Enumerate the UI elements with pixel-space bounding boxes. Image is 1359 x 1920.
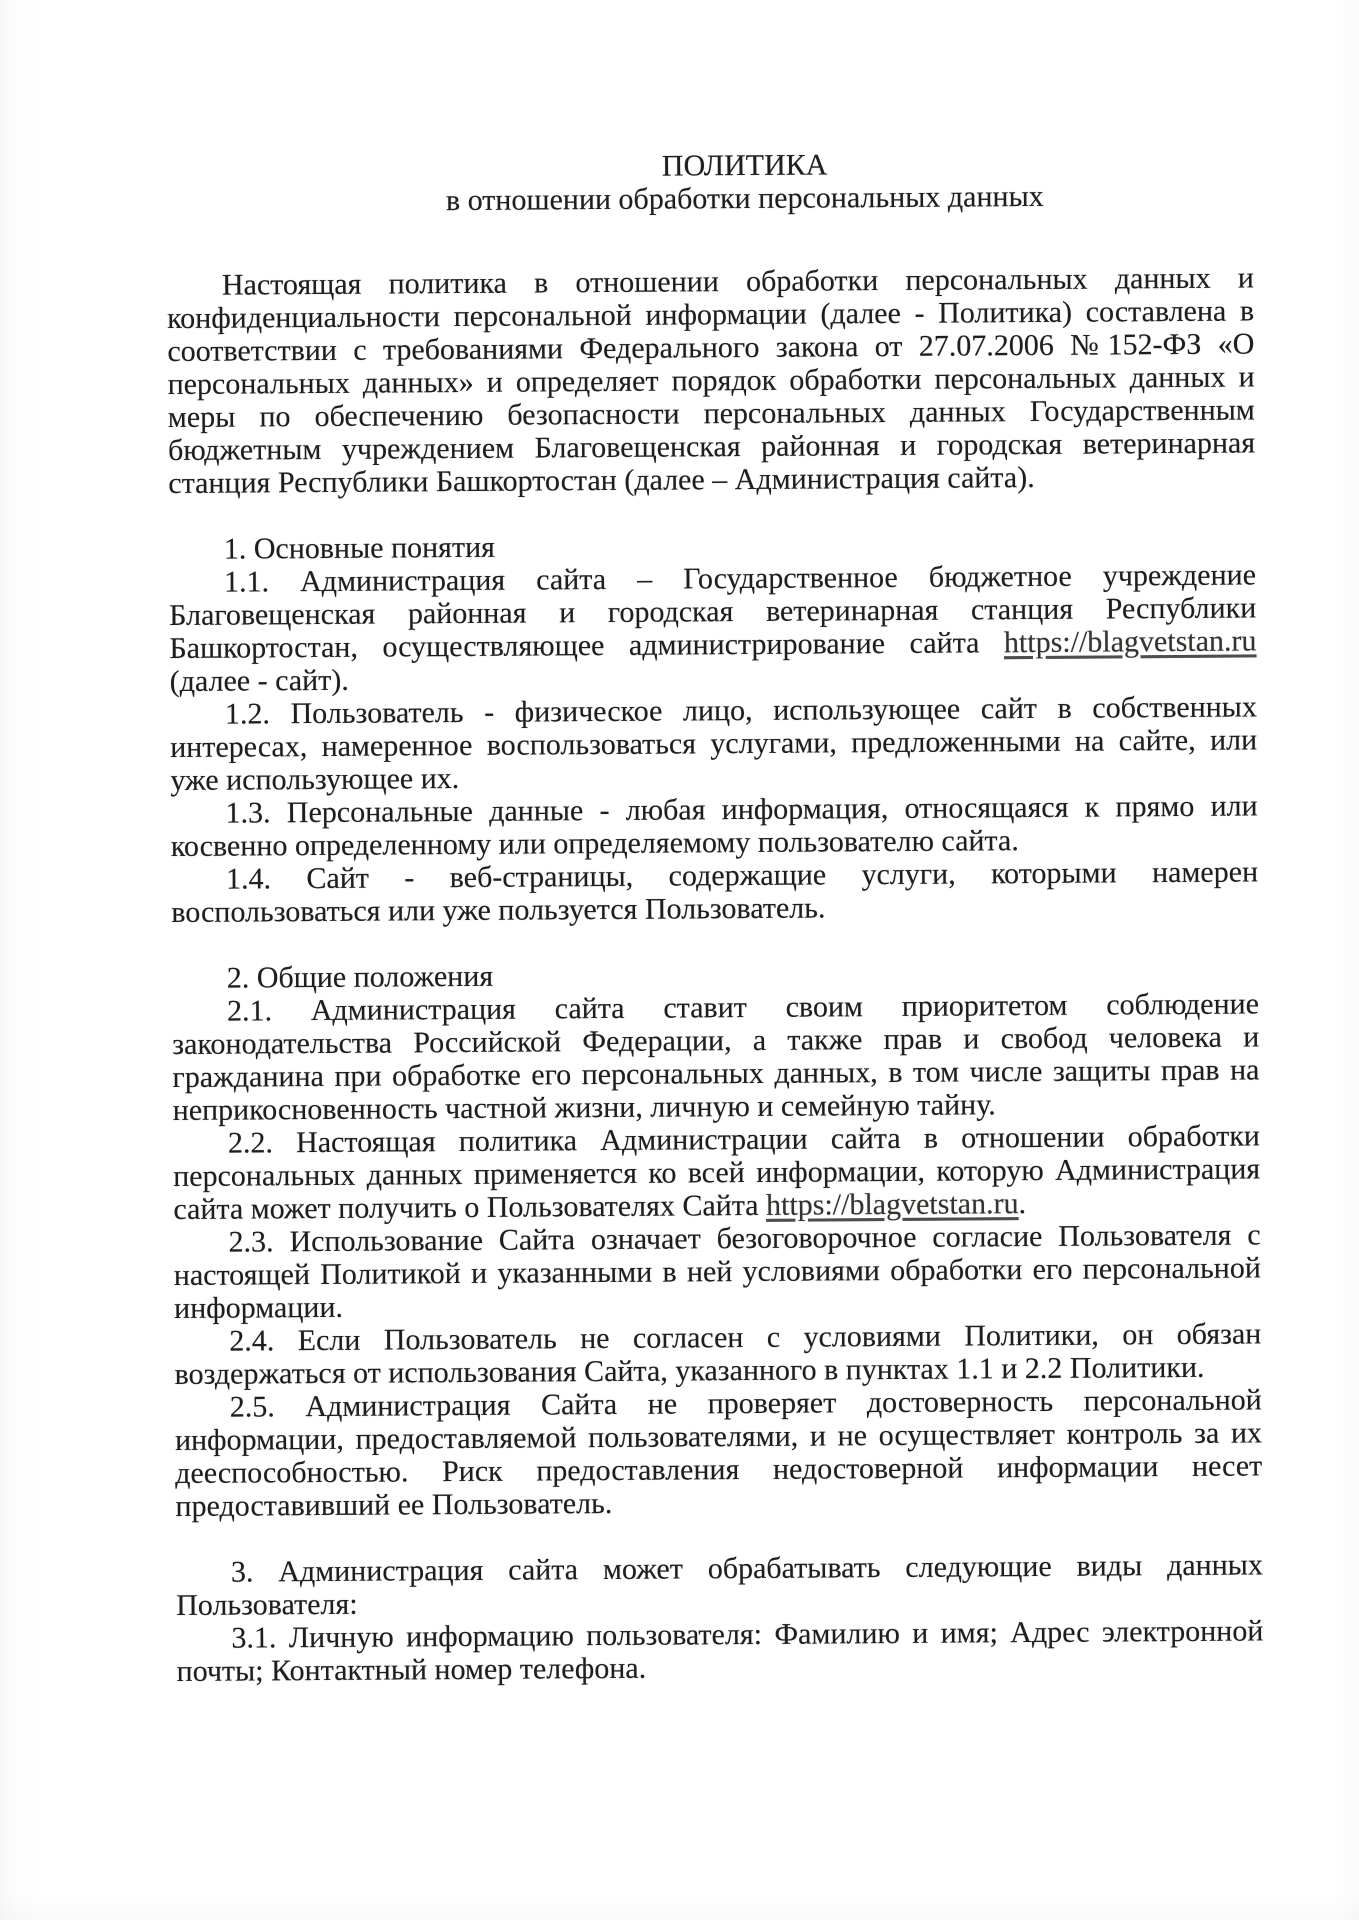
paragraph-2-4: 2.4. Если Пользователь не согласен с усл… — [174, 1317, 1261, 1391]
paragraph-1-1: 1.1. Администрация сайта – Государственн… — [169, 558, 1257, 698]
paragraph-1-4: 1.4. Сайт - веб-страницы, содержащие усл… — [171, 855, 1258, 929]
document-body: ПОЛИТИКА в отношении обработки персональ… — [166, 145, 1264, 1688]
site-url-link[interactable]: https://blagvetstan.ru — [1004, 624, 1257, 659]
spacer — [166, 211, 1253, 269]
paragraph-1-2: 1.2. Пользователь - физическое лицо, исп… — [170, 690, 1258, 797]
paragraph-3: 3. Администрация сайта может обрабатыват… — [176, 1548, 1263, 1622]
paragraph-2-2-tail: . — [1018, 1187, 1026, 1220]
paragraph-2-5: 2.5. Администрация Сайта не проверяет до… — [175, 1383, 1263, 1523]
paragraph-2-2-text: 2.2. Настоящая политика Администрации са… — [173, 1119, 1260, 1226]
paragraph-2-3: 2.3. Использование Сайта означает безого… — [174, 1218, 1262, 1325]
document-header: ПОЛИТИКА в отношении обработки персональ… — [201, 145, 1288, 219]
site-url-link[interactable]: https://blagvetstan.ru — [766, 1187, 1019, 1222]
scanned-document-page: { "document": { "title": "ПОЛИТИКА", "su… — [0, 0, 1359, 1920]
paragraph-1-1-tail: (далее - сайт). — [170, 664, 349, 698]
paragraph-2-2: 2.2. Настоящая политика Администрации са… — [173, 1119, 1261, 1226]
paragraph-3-1: 3.1. Личную информацию пользователя: Фам… — [176, 1614, 1263, 1688]
paragraph-intro: Настоящая политика в отношении обработки… — [167, 261, 1256, 500]
paragraph-2-1: 2.1. Администрация сайта ставит своим пр… — [172, 987, 1260, 1127]
paragraph-1-3: 1.3. Персональные данные - любая информа… — [171, 789, 1258, 863]
